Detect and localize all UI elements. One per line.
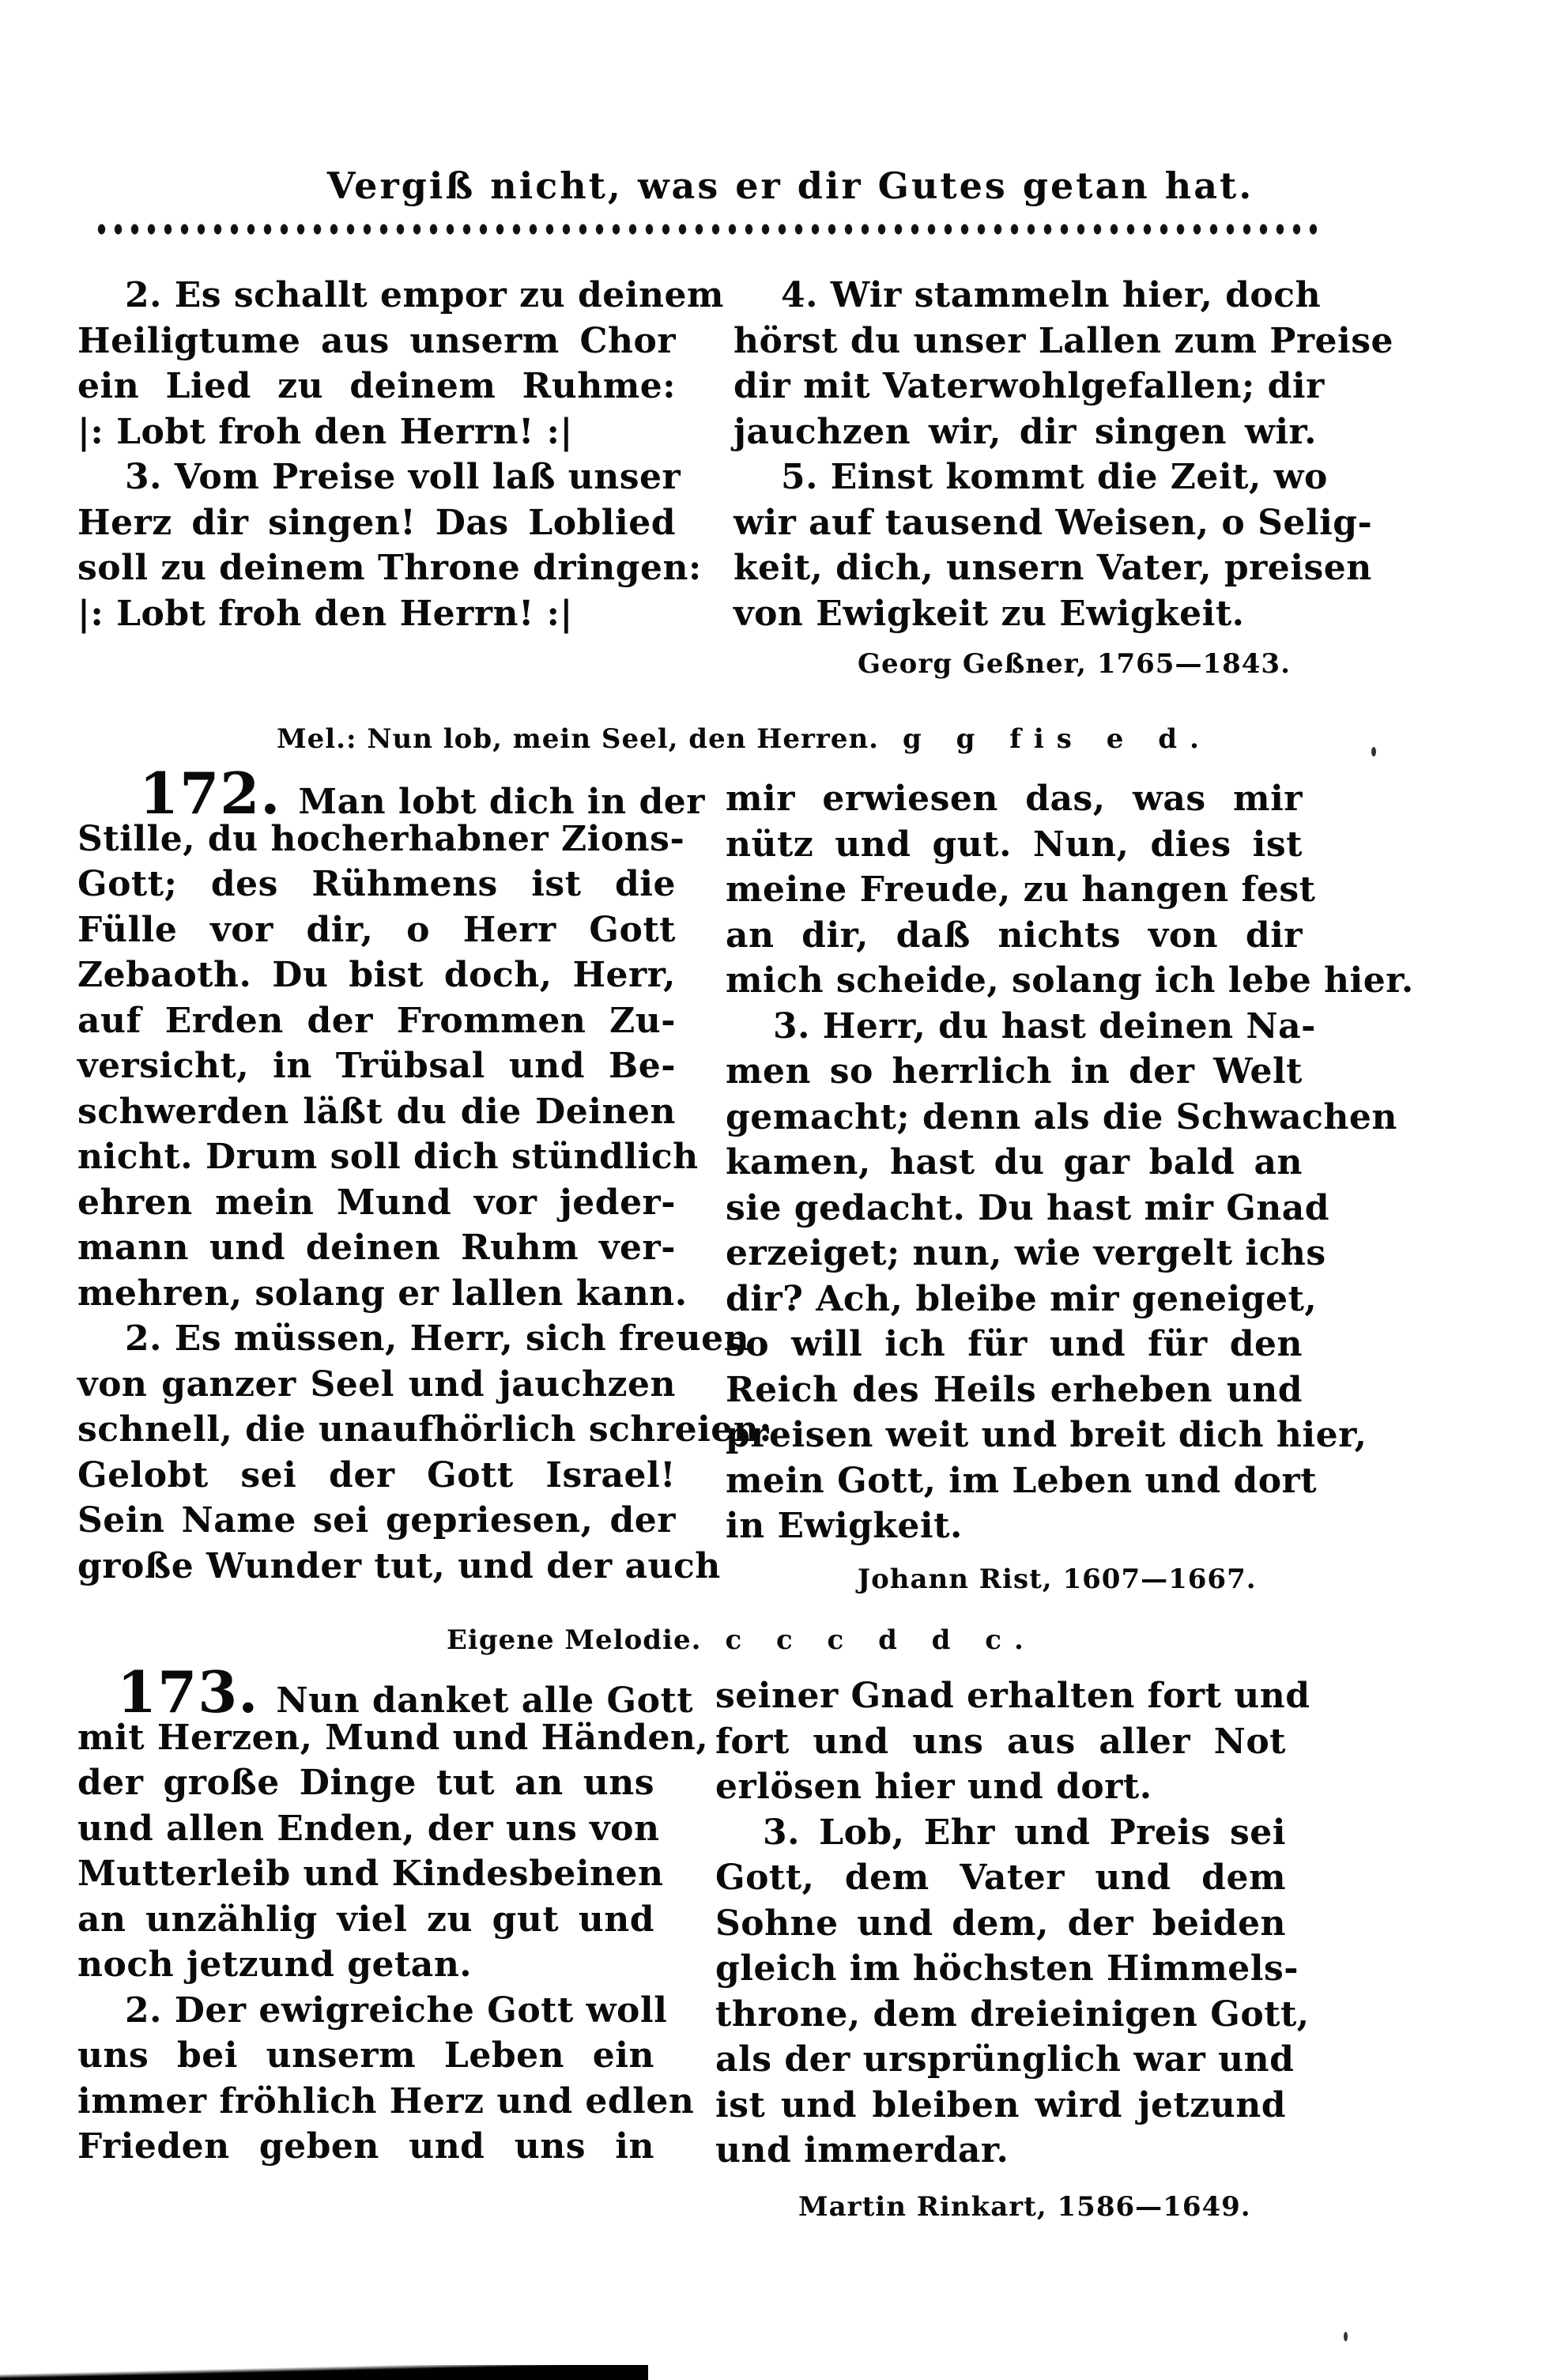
verse-line: so will ich für und für den: [726, 1322, 1303, 1367]
verse-line: von ganzer Seel und jauchzen: [77, 1362, 676, 1408]
verse-line: dir? Ach, bleibe mir geneiget,: [726, 1277, 1303, 1322]
verse-line: 5. Einst kommt die Zeit, wo: [733, 455, 1317, 500]
verse-line: dir mit Vaterwohlgefallen; dir: [733, 364, 1317, 409]
verse-line: Sein Name sei gepriesen, der: [77, 1498, 676, 1544]
verse-line: throne, dem dreieinigen Gott,: [715, 1992, 1286, 2038]
author-credit: Johann Rist, 1607—1667.: [858, 1563, 1257, 1595]
prev-hymn-left-column: 2. Es schallt empor zu deinem Heiligtume…: [77, 273, 676, 636]
verse-line: als der ursprünglich war und: [715, 2037, 1286, 2083]
verse-line: erlösen hier und dort.: [715, 1764, 1286, 1810]
verse-line: und immerdar.: [715, 2128, 1286, 2174]
verse-line: sie gedacht. Du hast mir Gnad: [726, 1186, 1303, 1231]
refrain-line: |: Lobt froh den Herrn! :|: [77, 591, 676, 637]
verse-line: uns bei unserm Leben ein: [77, 2033, 654, 2079]
verse-line: mit Herzen, Mund und Händen,: [77, 1715, 654, 1761]
verse-line: Zebaoth. Du bist doch, Herr,: [77, 952, 676, 998]
hymnal-page: Vergiß nicht, was er dir Gutes getan hat…: [0, 0, 1565, 2380]
verse-line: der große Dinge tut an uns: [77, 1760, 654, 1806]
verse-line: soll zu deinem Throne dringen:: [77, 545, 676, 591]
verse-line: wir auf tausend Weisen, o Selig-: [733, 500, 1317, 546]
hymn-first-line: 172.Man lobt dich in der: [77, 771, 676, 817]
verse-line: ehren mein Mund vor jeder-: [77, 1180, 676, 1226]
verse-line: hörst du unser Lallen zum Preise: [733, 319, 1317, 364]
verse-line: meine Freude, zu hangen fest: [726, 867, 1303, 913]
author-credit: Martin Rinkart, 1586—1649.: [798, 2191, 1251, 2223]
melody-label: Mel.: Nun lob, mein Seel, den Herren.: [277, 723, 879, 755]
verse-line: 2. Es müssen, Herr, sich freuen: [77, 1316, 676, 1362]
verse-line: Herz dir singen! Das Loblied: [77, 500, 676, 546]
hymn-172-left-column: 172.Man lobt dich in der Stille, du hoch…: [77, 771, 676, 1589]
verse-line: Gott, dem Vater und dem: [715, 1855, 1286, 1901]
verse-line: auf Erden der Frommen Zu-: [77, 998, 676, 1044]
verse-line: fort und uns aus aller Not: [715, 1719, 1286, 1765]
verse-line: 3. Herr, du hast deinen Na-: [726, 1004, 1303, 1050]
verse-line: große Wunder tut, und der auch: [77, 1544, 676, 1590]
verse-line: noch jetzund getan.: [77, 1942, 654, 1988]
melody-notes: g g fis e d.: [903, 723, 1212, 755]
verse-line: an dir, daß nichts von dir: [726, 913, 1303, 959]
verse-line: mehren, solang er lallen kann.: [77, 1271, 676, 1317]
verse-line: von Ewigkeit zu Ewigkeit.: [733, 591, 1317, 637]
verse-line: gemacht; denn als die Schwachen: [726, 1095, 1303, 1141]
verse-line: mich scheide, solang ich lebe hier.: [726, 958, 1303, 1004]
verse-line: erzeiget; nun, wie vergelt ichs: [726, 1231, 1303, 1277]
verse-line: mein Gott, im Leben und dort: [726, 1458, 1303, 1504]
verse-line: 3. Vom Preise voll laß unser: [77, 455, 676, 500]
hymn-172-right-column: mir erwiesen das, was mir nütz und gut. …: [726, 776, 1303, 1549]
verse-line: seiner Gnad erhalten fort und: [715, 1673, 1286, 1719]
verse-line: immer fröhlich Herz und edlen: [77, 2079, 654, 2125]
page-header-title: Vergiß nicht, was er dir Gutes getan hat…: [237, 164, 1344, 207]
verse-line: nicht. Drum soll dich stündlich: [77, 1134, 676, 1180]
dotted-rule-divider: [93, 223, 1317, 236]
verse-line: jauchzen wir, dir singen wir.: [733, 409, 1317, 455]
melody-line-172: Mel.: Nun lob, mein Seel, den Herren.g g…: [277, 723, 1212, 755]
verse-line: 2. Es schallt empor zu deinem: [77, 273, 676, 319]
verse-line: ein Lied zu deinem Ruhme:: [77, 364, 676, 409]
verse-line: Gelobt sei der Gott Israel!: [77, 1453, 676, 1499]
verse-line: Sohne und dem, der beiden: [715, 1901, 1286, 1947]
hymn-first-line: 173.Nun danket alle Gott: [77, 1669, 654, 1715]
verse-line: kamen, hast du gar bald an: [726, 1140, 1303, 1186]
verse-line: ist und bleiben wird jetzund: [715, 2083, 1286, 2129]
verse-line: und allen Enden, der uns von: [77, 1806, 654, 1852]
refrain-line: |: Lobt froh den Herrn! :|: [77, 409, 676, 455]
melody-notes: c c c d d c.: [725, 1624, 1035, 1656]
verse-line: schnell, die unaufhörlich schreien:: [77, 1407, 676, 1453]
verse-line: mann und deinen Ruhm ver-: [77, 1225, 676, 1271]
verse-line: Mutterleib und Kindesbeinen: [77, 1851, 654, 1897]
verse-line: versicht, in Trübsal und Be-: [77, 1043, 676, 1089]
verse-line: Reich des Heils erheben und: [726, 1367, 1303, 1413]
verse-line: Stille, du hocherhabner Zions-: [77, 817, 676, 862]
verse-line: Fülle vor dir, o Herr Gott: [77, 907, 676, 953]
verse-line: men so herrlich in der Welt: [726, 1049, 1303, 1095]
verse-line: schwerden läßt du die Deinen: [77, 1089, 676, 1135]
verse-line: 4. Wir stammeln hier, doch: [733, 273, 1317, 319]
hymn-173-right-column: seiner Gnad erhalten fort und fort und u…: [715, 1673, 1286, 2174]
scan-shadow-edge: [0, 2365, 648, 2380]
verse-line: 2. Der ewigreiche Gott woll: [77, 1988, 654, 2034]
author-credit: Georg Geßner, 1765—1843.: [858, 648, 1291, 680]
verse-line: Gott; des Rühmens ist die: [77, 862, 676, 907]
melody-line-173: Eigene Melodie.c c c d d c.: [447, 1624, 1036, 1656]
verse-line: preisen weit und breit dich hier,: [726, 1413, 1303, 1458]
verse-line: keit, dich, unsern Vater, preisen: [733, 545, 1317, 591]
verse-line: nütz und gut. Nun, dies ist: [726, 822, 1303, 868]
verse-line: Frieden geben und uns in: [77, 2124, 654, 2170]
scan-speck: [1344, 2332, 1348, 2341]
verse-line: 3. Lob, Ehr und Preis sei: [715, 1810, 1286, 1856]
verse-line: gleich im höchsten Himmels-: [715, 1946, 1286, 1992]
verse-line: mir erwiesen das, was mir: [726, 776, 1303, 822]
verse-line: Heiligtume aus unserm Chor: [77, 319, 676, 364]
scan-speck: [1371, 747, 1376, 756]
verse-line: an unzählig viel zu gut und: [77, 1897, 654, 1943]
prev-hymn-right-column: 4. Wir stammeln hier, doch hörst du unse…: [733, 273, 1317, 636]
melody-label: Eigene Melodie.: [447, 1624, 701, 1656]
hymn-173-left-column: 173.Nun danket alle Gott mit Herzen, Mun…: [77, 1669, 654, 2170]
verse-line: in Ewigkeit.: [726, 1503, 1303, 1549]
